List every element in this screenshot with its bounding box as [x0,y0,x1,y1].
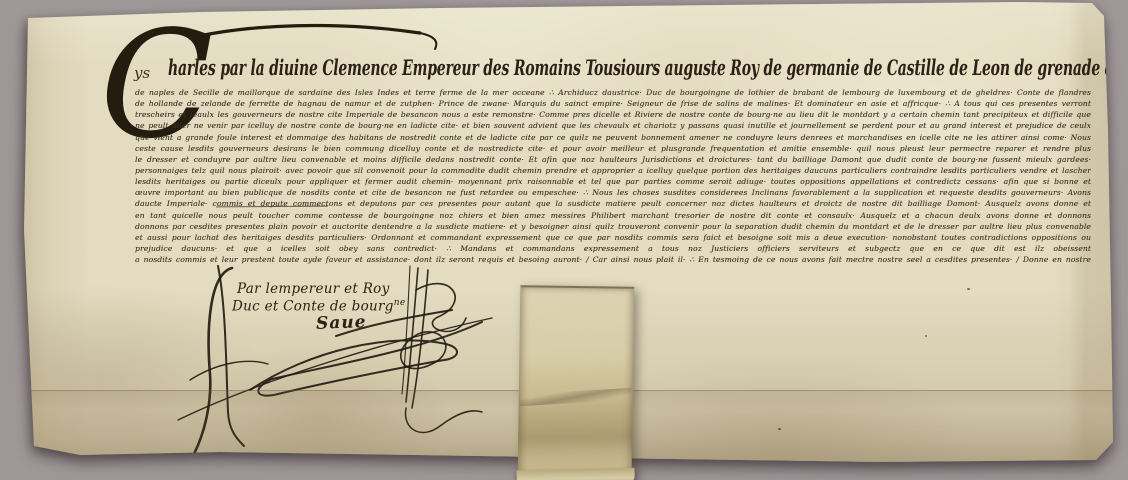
body-line: de hollande de zelande de ferrette de ha… [135,98,1091,109]
body-line: ceste cause lesdits gouverneurs desirans… [135,143,1091,154]
initial-swash-tip [420,33,436,49]
body-line: personnaiges telz quil nous plairoit· av… [135,165,1091,176]
body-line: ne peult aller ne venir par icelluy de n… [135,120,1091,131]
body-line: que vient a grande foule interest et dom… [135,132,1091,143]
registry-mark: ys [133,64,150,82]
body-line: daucte Imperiale· commis et depute comme… [135,198,1091,209]
body-line: en tant quicelle nous peult toucher comm… [135,210,1091,221]
body-line: donnons par cesdites presentes plain pov… [135,221,1091,232]
body-line: œuvre important au bien publicque de nos… [135,187,1091,198]
seal-tongue [518,285,635,480]
ink-speck [967,288,970,290]
ink-speck [925,335,927,337]
body-line: le dresser et conduyre par aultre lieu c… [135,154,1091,165]
paraphe-stroke [250,322,482,396]
body-line: et aussi pour lachat des heritaiges desd… [135,232,1091,243]
body-line: prejudice daucuns· et que a icelles soit… [135,243,1091,254]
initial-swash-stroke [190,26,420,38]
body-line: de naples de Secille de maillorque de sa… [135,87,1091,98]
photo-background: C ys harles par la diuine Clemence Emper… [0,0,1128,480]
body-line: trescheirs et feaulx les gouverneurs de … [135,109,1091,120]
body-line: lesdits heritaiges ou partie diceulx pou… [135,176,1091,187]
paraphe-stroke [412,270,428,408]
ink-speck [778,428,781,430]
body-text: de naples de Secille de maillorque de sa… [135,87,1091,265]
paraphe-stroke [190,361,268,380]
